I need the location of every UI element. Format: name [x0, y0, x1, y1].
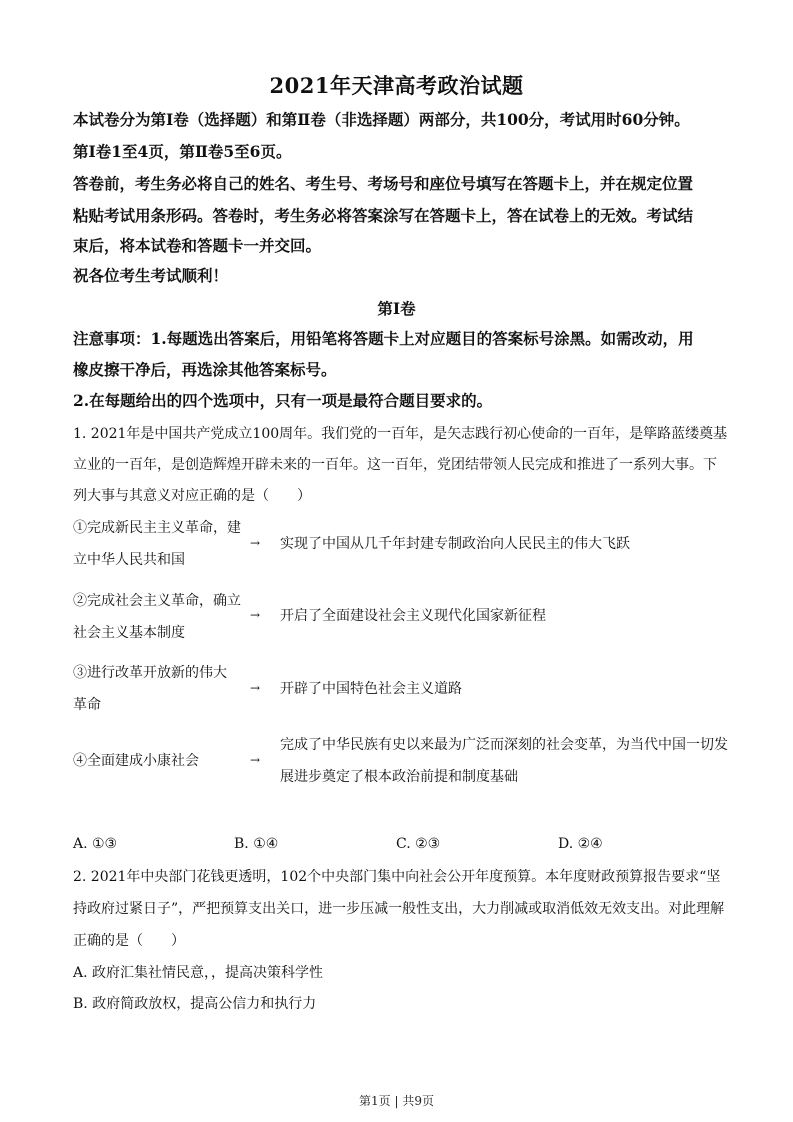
question-1-stem: 列大事与其意义对应正确的是（ ） [73, 485, 311, 505]
arrow-icon: → [250, 753, 260, 767]
question-2-stem: 正确的是（ ） [73, 930, 185, 950]
match-item-right: 开启了全面建设社会主义现代化国家新征程 [280, 600, 740, 632]
question-1-stem: 立业的一百年，是创造辉煌开辟未来的一百年。这一百年，党团结带领人民完成和推进了一… [73, 454, 717, 474]
match-item-left: ④全面建成小康社会 [73, 745, 243, 777]
match-item-right: 开辟了中国特色社会主义道路 [280, 673, 740, 705]
question-2-stem: 持政府过紧日子”，严把预算支出关口，进一步压减一般性支出，大力削减或取消低效无效… [73, 898, 724, 918]
page-footer: 第1页 | 共9页 [0, 1092, 793, 1109]
notes-line: 橡皮擦干净后，再选涂其他答案标号。 [73, 358, 337, 380]
intro-line: 本试卷分为第Ⅰ卷（选择题）和第Ⅱ卷（非选择题）两部分，共100分，考试用时60分… [73, 108, 690, 130]
question-2-stem: 2. 2021年中央部门花钱更透明，102个中央部门集中向社会公开年度预算。本年… [73, 866, 720, 886]
match-item-left: ②完成社会主义革命，确立 社会主义基本制度 [73, 585, 243, 649]
page-title: 2021年天津高考政治试题 [0, 70, 793, 100]
match-item-right: 实现了中国从几千年封建专制政治向人民民主的伟大飞跃 [280, 528, 740, 560]
notes-line: 注意事项：1.每题选出答案后，用铅笔将答题卡上对应题目的答案标号涂黑。如需改动，… [73, 327, 694, 349]
option-d: D. ②④ [558, 836, 603, 852]
option-a: A. ①③ [73, 836, 117, 852]
question-1-stem: 1. 2021年是中国共产党成立100周年。我们党的一百年，是矢志践行初心使命的… [73, 423, 727, 443]
match-item-left: ③进行改革开放新的伟大 革命 [73, 657, 243, 721]
arrow-icon: → [250, 608, 260, 622]
intro-line: 束后，将本试卷和答题卡一并交回。 [73, 234, 321, 256]
option-c: C. ②③ [396, 836, 440, 852]
match-item-left: ①完成新民主主义革命，建 立中华人民共和国 [73, 512, 243, 576]
arrow-icon: → [250, 536, 260, 550]
intro-line: 第Ⅰ卷1至4页，第Ⅱ卷5至6页。 [73, 140, 291, 162]
intro-line: 祝各位考生考试顺利！ [73, 264, 228, 286]
arrow-icon: → [250, 681, 260, 695]
intro-line: 粘贴考试用条形码。答卷时，考生务必将答案涂写在答题卡上，答在试卷上的无效。考试结 [73, 204, 693, 226]
match-item-right: 完成了中华民族有史以来最为广泛而深刻的社会变革，为当代中国一切发 展进步奠定了根… [280, 729, 740, 793]
section-heading: 第Ⅰ卷 [0, 297, 793, 319]
intro-line: 答卷前，考生务必将自己的姓名、考生号、考场号和座位号填写在答题卡上，并在规定位置 [73, 172, 693, 194]
option-b: B. ①④ [234, 836, 278, 852]
option-b: B. 政府简政放权，提高公信力和执行力 [73, 993, 316, 1013]
exam-page: 2021年天津高考政治试题 本试卷分为第Ⅰ卷（选择题）和第Ⅱ卷（非选择题）两部分… [0, 0, 793, 1122]
option-a: A. 政府汇集社情民意，，提高决策科学性 [73, 962, 323, 982]
notes-line: 2.在每题给出的四个选项中，只有一项是最符合题目要求的。 [73, 389, 492, 411]
